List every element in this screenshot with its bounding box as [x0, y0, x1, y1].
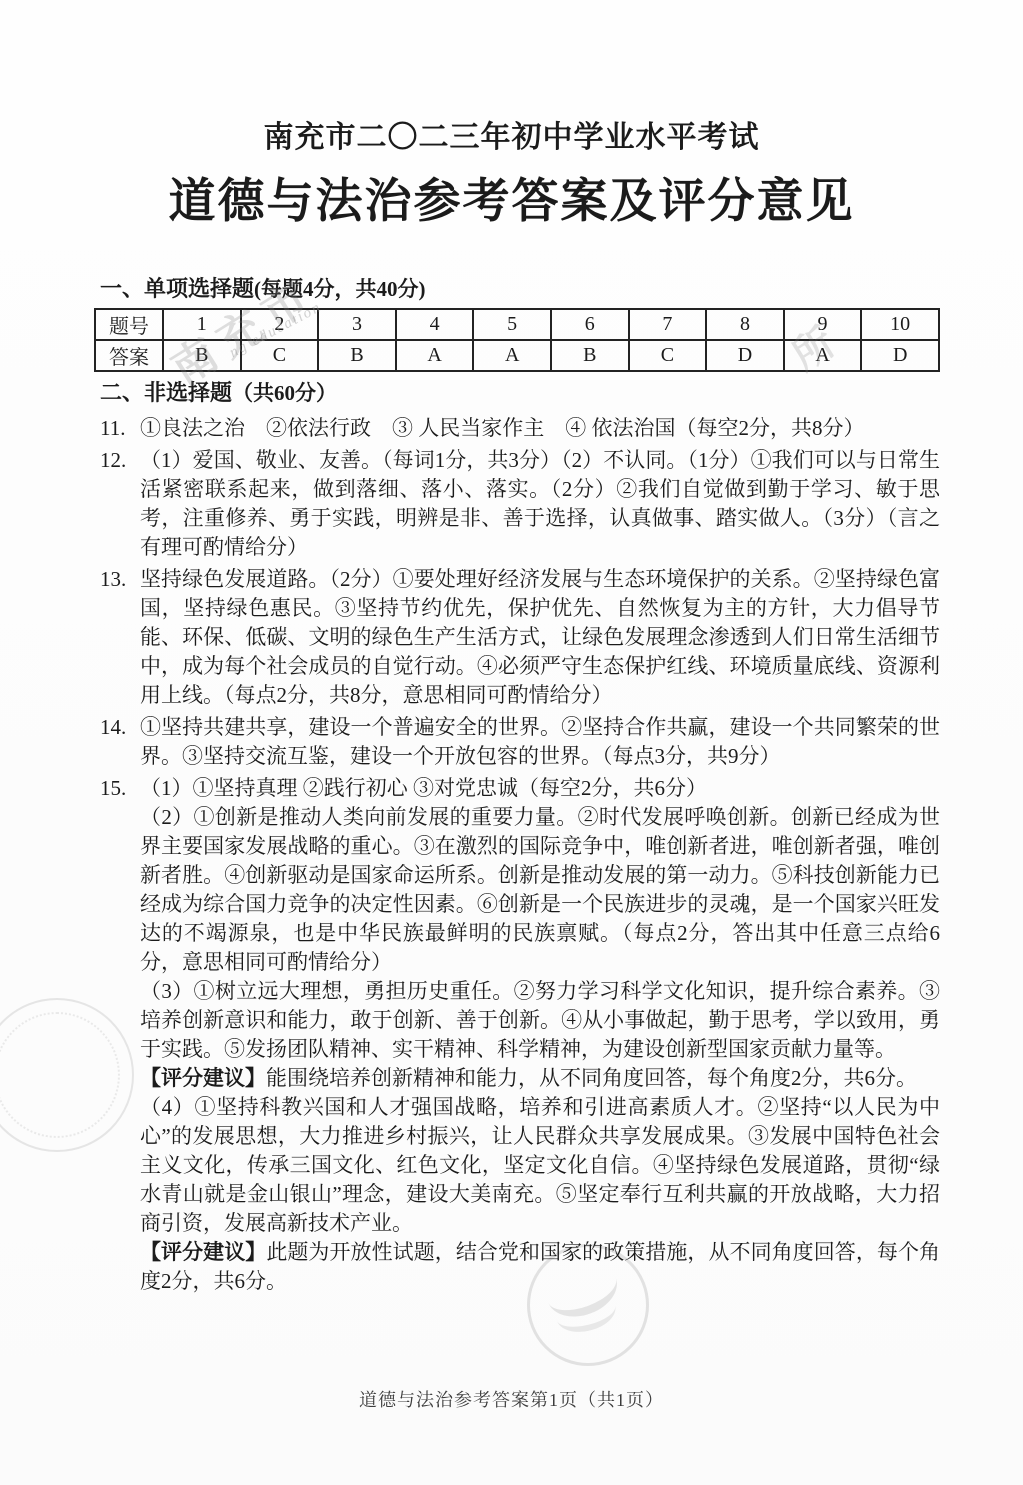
answer-cell: B	[318, 340, 396, 371]
exam-title: 南充市二〇二三年初中学业水平考试	[0, 112, 1023, 156]
answer-cell: C	[241, 340, 319, 371]
item-number: 15.	[100, 774, 126, 803]
question-number-row: 题号 1 2 3 4 5 6 7 8 9 10	[95, 309, 939, 340]
answer-cell: A	[396, 340, 474, 371]
question-number-cell: 10	[861, 309, 939, 340]
answer-item-15: 15. （1）①坚持真理 ②践行初心 ③对党忠诚（每空2分，共6分） （2）①创…	[100, 774, 940, 1296]
item-number: 11.	[100, 414, 125, 443]
question-number-cell: 3	[318, 309, 396, 340]
question-number-cell: 2	[241, 309, 319, 340]
item-number: 12.	[100, 446, 126, 475]
grading-advice-text: 能围绕培养创新精神和能力，从不同角度回答，每个角度2分，共6分。	[266, 1066, 917, 1090]
answer-cell: B	[551, 340, 629, 371]
answer-key-title: 道德与法治参考答案及评分意见	[0, 164, 1023, 231]
question-number-cell: 1	[163, 309, 241, 340]
item-number: 13.	[100, 565, 126, 594]
grading-advice-label: 【评分建议】	[140, 1241, 266, 1264]
section2-heading-note: （共60分）	[232, 381, 337, 405]
section1-heading-text: 一、单项选择题	[100, 276, 254, 301]
question-number-cell: 6	[551, 309, 629, 340]
item-number: 14.	[100, 713, 126, 742]
item-text: 坚持绿色发展道路。（2分）①要处理好经济发展与生态环境保护的关系。②坚持绿色富国…	[140, 565, 940, 710]
document-body: 一、单项选择题(每题4分，共40分) 题号 1 2 3 4 5 6 7 8 9 …	[100, 275, 940, 1296]
section1-heading: 一、单项选择题(每题4分，共40分)	[100, 275, 940, 303]
answer-cell: C	[629, 340, 707, 371]
question-number-cell: 7	[629, 309, 707, 340]
answer-table: 题号 1 2 3 4 5 6 7 8 9 10 答案 B C B A A B C	[94, 308, 940, 372]
answer-cell: D	[706, 340, 784, 371]
answer-cell: A	[473, 340, 551, 371]
answer-cell: B	[163, 340, 241, 371]
item-15-part4: （4）①坚持科教兴国和人才强国战略，培养和引进高素质人才。②坚持“以人民为中心”…	[140, 1093, 940, 1238]
answer-item-13: 13. 坚持绿色发展道路。（2分）①要处理好经济发展与生态环境保护的关系。②坚持…	[100, 565, 940, 710]
grading-advice-1: 【评分建议】能围绕培养创新精神和能力，从不同角度回答，每个角度2分，共6分。	[140, 1064, 940, 1093]
page-footer: 道德与法治参考答案第1页（共1页）	[0, 1386, 1023, 1412]
item-text: ①坚持共建共享，建设一个普遍安全的世界。②坚持合作共赢，建设一个共同繁荣的世界。…	[140, 713, 940, 771]
exam-answer-page: 南充市 所 ng education 南充市二〇二三年初中学业水平考试 道德与法…	[0, 0, 1023, 1485]
row-label-question: 题号	[95, 309, 163, 340]
item-text: ①良法之治 ②依法行政 ③ 人民当家作主 ④ 依法治国（每空2分，共8分）	[140, 414, 940, 443]
answer-item-12: 12. （1）爱国、敬业、友善。（每词1分，共3分）（2）不认同。（1分）①我们…	[100, 446, 940, 562]
answer-row: 答案 B C B A A B C D A D	[95, 340, 939, 371]
answer-item-11: 11. ①良法之治 ②依法行政 ③ 人民当家作主 ④ 依法治国（每空2分，共8分…	[100, 414, 940, 443]
question-number-cell: 4	[396, 309, 474, 340]
section1-heading-note: (每题4分，共40分)	[254, 277, 426, 301]
section2-heading-text: 二、非选择题	[100, 380, 232, 405]
answer-item-14: 14. ①坚持共建共享，建设一个普遍安全的世界。②坚持合作共赢，建设一个共同繁荣…	[100, 713, 940, 771]
grading-advice-label: 【评分建议】	[140, 1067, 266, 1090]
answer-cell: D	[861, 340, 939, 371]
section2-heading: 二、非选择题（共60分）	[100, 379, 940, 407]
row-label-answer: 答案	[95, 340, 163, 371]
answer-items: 11. ①良法之治 ②依法行政 ③ 人民当家作主 ④ 依法治国（每空2分，共8分…	[100, 414, 940, 1296]
grading-advice-2: 【评分建议】此题为开放性试题，结合党和国家的政策措施，从不同角度回答，每个角度2…	[140, 1238, 940, 1296]
item-15-part1: （1）①坚持真理 ②践行初心 ③对党忠诚（每空2分，共6分）	[140, 774, 940, 803]
item-15-part3: （3）①树立远大理想，勇担历史重任。②努力学习科学文化知识，提升综合素养。③培养…	[140, 977, 940, 1064]
question-number-cell: 9	[784, 309, 862, 340]
answer-cell: A	[784, 340, 862, 371]
item-15-part2: （2）①创新是推动人类向前发展的重要力量。②时代发展呼唤创新。创新已经成为世界主…	[140, 803, 940, 977]
question-number-cell: 8	[706, 309, 784, 340]
question-number-cell: 5	[473, 309, 551, 340]
item-text: （1）爱国、敬业、友善。（每词1分，共3分）（2）不认同。（1分）①我们可以与日…	[140, 446, 940, 562]
